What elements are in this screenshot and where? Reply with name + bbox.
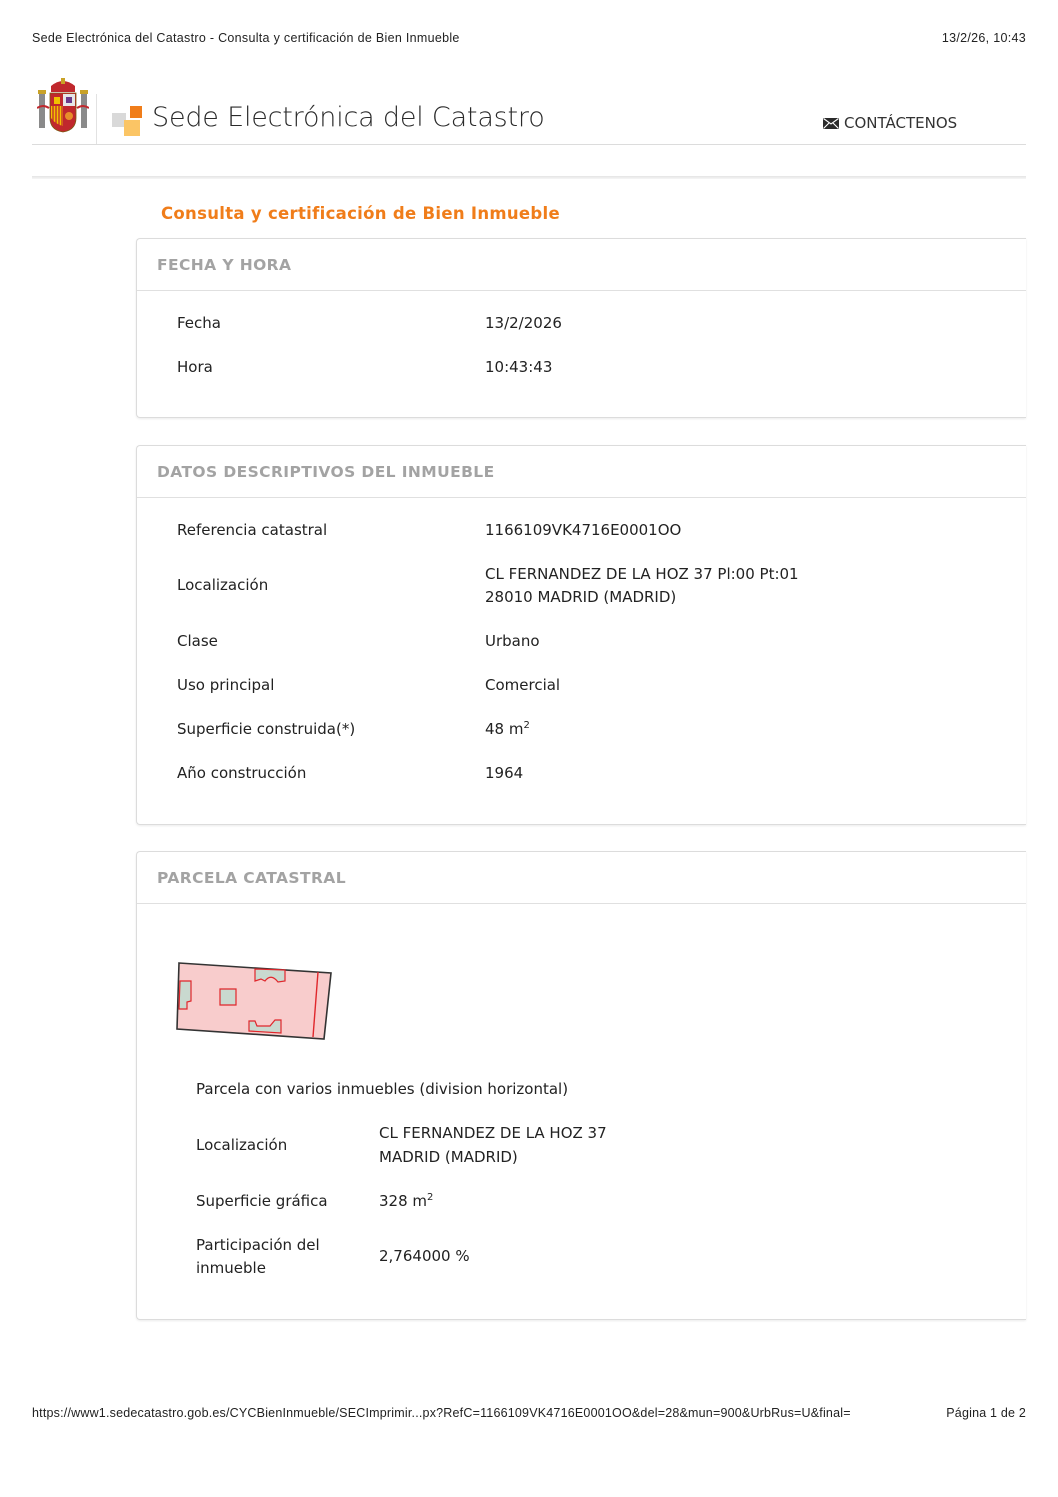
- card-heading: PARCELA CATASTRAL: [157, 869, 346, 887]
- parcel-plot-map[interactable]: [175, 960, 335, 1042]
- print-datetime: 13/2/26, 10:43: [942, 31, 1026, 45]
- page-title: Consulta y certificación de Bien Inmuebl…: [161, 204, 560, 223]
- card-header: PARCELA CATASTRAL: [137, 852, 1026, 904]
- site-header: Sede Electrónica del Catastro CONTÁCTENO…: [32, 72, 1026, 145]
- parcela-localizacion-line2: MADRID (MADRID): [379, 1146, 518, 1169]
- clase-label: Clase: [177, 630, 218, 653]
- card-header: FECHA Y HORA: [137, 239, 1026, 291]
- referencia-value: 1166109VK4716E0001OO: [485, 519, 681, 542]
- hora-value: 10:43:43: [485, 356, 552, 379]
- card-datos-inmueble: DATOS DESCRIPTIVOS DEL INMUEBLE Referenc…: [136, 445, 1026, 825]
- participacion-label-line2: inmueble: [196, 1257, 266, 1280]
- page-number: Página 1 de 2: [946, 1406, 1026, 1420]
- catastro-logo-icon[interactable]: [112, 106, 144, 138]
- coat-of-arms-icon[interactable]: [37, 78, 89, 134]
- card-header: DATOS DESCRIPTIVOS DEL INMUEBLE: [137, 446, 1026, 498]
- card-fecha-hora: FECHA Y HORA Fecha 13/2/2026 Hora 10:43:…: [136, 238, 1026, 418]
- superficie-grafica-label: Superficie gráfica: [196, 1190, 328, 1213]
- card-parcela: PARCELA CATASTRAL Parcela con varios inm…: [136, 851, 1026, 1320]
- anio-label: Año construcción: [177, 762, 306, 785]
- uso-label: Uso principal: [177, 674, 274, 697]
- print-header: Sede Electrónica del Catastro - Consulta…: [32, 31, 1026, 47]
- fecha-value: 13/2/2026: [485, 312, 562, 335]
- card-heading: DATOS DESCRIPTIVOS DEL INMUEBLE: [157, 463, 495, 481]
- participacion-label-line1: Participación del: [196, 1234, 320, 1257]
- uso-value: Comercial: [485, 674, 560, 697]
- superficie-label: Superficie construida(*): [177, 718, 355, 741]
- parcela-localizacion-line1: CL FERNANDEZ DE LA HOZ 37: [379, 1122, 607, 1145]
- print-footer: https://www1.sedecatastro.gob.es/CYCBien…: [32, 1406, 1026, 1422]
- print-url: https://www1.sedecatastro.gob.es/CYCBien…: [32, 1406, 851, 1420]
- contact-label[interactable]: CONTÁCTENOS: [844, 114, 957, 132]
- referencia-label: Referencia catastral: [177, 519, 327, 542]
- envelope-icon: [823, 118, 839, 129]
- participacion-value: 2,764000 %: [379, 1245, 470, 1268]
- site-title[interactable]: Sede Electrónica del Catastro: [152, 102, 545, 133]
- parcela-localizacion-label: Localización: [196, 1134, 287, 1157]
- header-divider: [96, 94, 97, 144]
- clase-value: Urbano: [485, 630, 540, 653]
- parcela-description: Parcela con varios inmuebles (division h…: [196, 1078, 568, 1101]
- superficie-value: 48 m2: [485, 718, 530, 741]
- localizacion-line1: CL FERNANDEZ DE LA HOZ 37 Pl:00 Pt:01: [485, 563, 799, 586]
- localizacion-line2: 28010 MADRID (MADRID): [485, 586, 676, 609]
- superficie-grafica-value: 328 m2: [379, 1190, 433, 1213]
- hora-label: Hora: [177, 356, 213, 379]
- localizacion-label: Localización: [177, 574, 268, 597]
- card-heading: FECHA Y HORA: [157, 256, 291, 274]
- anio-value: 1964: [485, 762, 523, 785]
- print-page-title: Sede Electrónica del Catastro - Consulta…: [32, 31, 460, 45]
- fecha-label: Fecha: [177, 312, 221, 335]
- contact-link[interactable]: CONTÁCTENOS: [823, 114, 957, 132]
- nav-bar: [32, 176, 1026, 179]
